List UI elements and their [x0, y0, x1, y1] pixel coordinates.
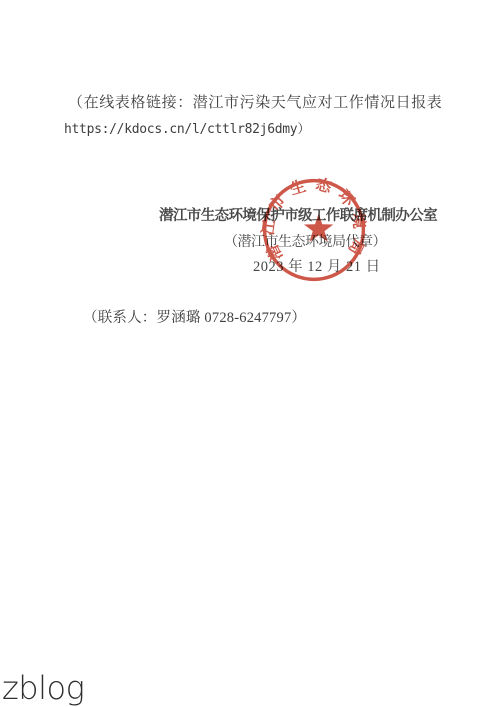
contact-person-line: （联系人：罗涵璐 0728-6247797）: [83, 310, 306, 327]
scanned-document-page: （在线表格链接：潜江市污染天气应对工作情况日报表 https://kdocs.c…: [0, 0, 500, 707]
seal-on-behalf-note: （潜江市生态环境局代章）: [224, 235, 386, 252]
document-date: 2023 年 12 月 21 日: [253, 259, 381, 276]
kdocs-url-text: https://kdocs.cn/l/cttlr82j6dmy）: [64, 122, 310, 138]
zblog-watermark: zblog: [2, 672, 84, 704]
issuing-office-name: 潜江市生态环境保护市级工作联席机制办公室: [159, 208, 437, 225]
online-form-link-label: （在线表格链接：潜江市污染天气应对工作情况日报表: [68, 94, 442, 112]
